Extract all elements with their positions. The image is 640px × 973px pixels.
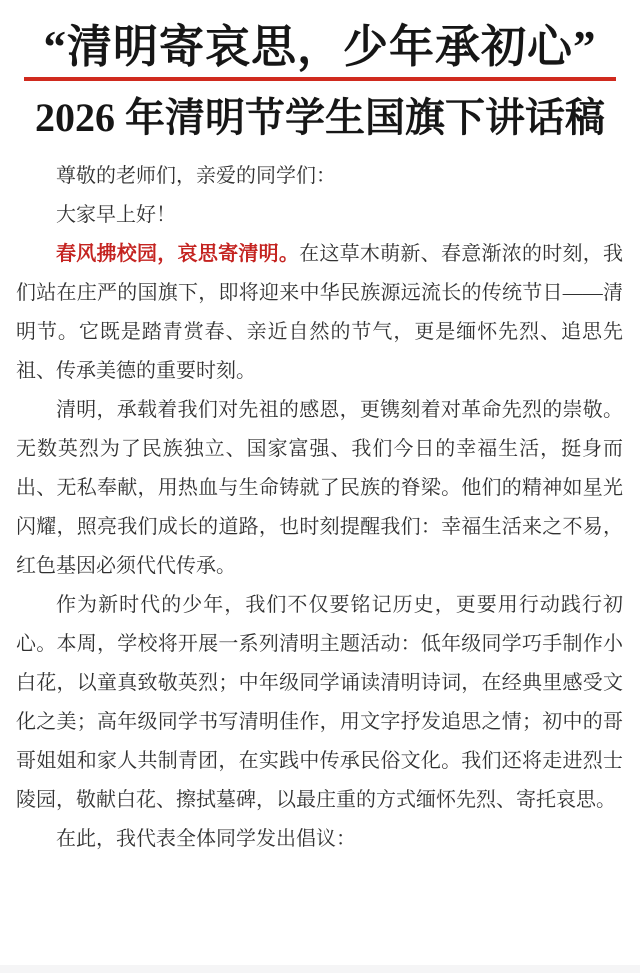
intro-paragraph: 春风拂校园，哀思寄清明。在这草木萌新、春意渐浓的时刻，我们站在庄严的国旗下，即将… — [16, 235, 623, 391]
document-body: 尊敬的老师们，亲爱的同学们： 大家早上好！ 春风拂校园，哀思寄清明。在这草木萌新… — [16, 157, 623, 859]
greeting-paragraph: 大家早上好！ — [16, 196, 623, 235]
salutation-paragraph: 尊敬的老师们，亲爱的同学们： — [16, 157, 623, 196]
proposal-lead-paragraph: 在此，我代表全体同学发出倡议： — [16, 820, 623, 859]
paragraph-text: 尊敬的老师们，亲爱的同学们： — [56, 165, 336, 187]
red-double-rule — [24, 77, 616, 81]
paragraph-text: 作为新时代的少年，我们不仅要铭记历史，更要用行动践行初心。本周，学校将开展一系列… — [16, 594, 623, 811]
paragraph-text: 清明，承载着我们对先祖的感恩，更镌刻着对革命先烈的崇敬。无数英烈为了民族独立、国… — [16, 399, 623, 577]
martyrs-paragraph: 清明，承载着我们对先祖的感恩，更镌刻着对革命先烈的崇敬。无数英烈为了民族独立、国… — [16, 391, 623, 586]
speech-document-page: “清明寄哀思，少年承初心” 2026 年清明节学生国旗下讲话稿 尊敬的老师们，亲… — [0, 0, 640, 973]
page-bottom-edge — [0, 965, 640, 973]
red-emphasis-lead: 春风拂校园，哀思寄清明。 — [56, 243, 299, 265]
paragraph-text: 大家早上好！ — [56, 204, 176, 226]
activities-paragraph: 作为新时代的少年，我们不仅要铭记历史，更要用行动践行初心。本周，学校将开展一系列… — [16, 586, 623, 820]
paragraph-text: 在此，我代表全体同学发出倡议： — [56, 828, 356, 850]
banner-title: “清明寄哀思，少年承初心” — [0, 0, 640, 74]
document-title: 2026 年清明节学生国旗下讲话稿 — [0, 95, 640, 141]
